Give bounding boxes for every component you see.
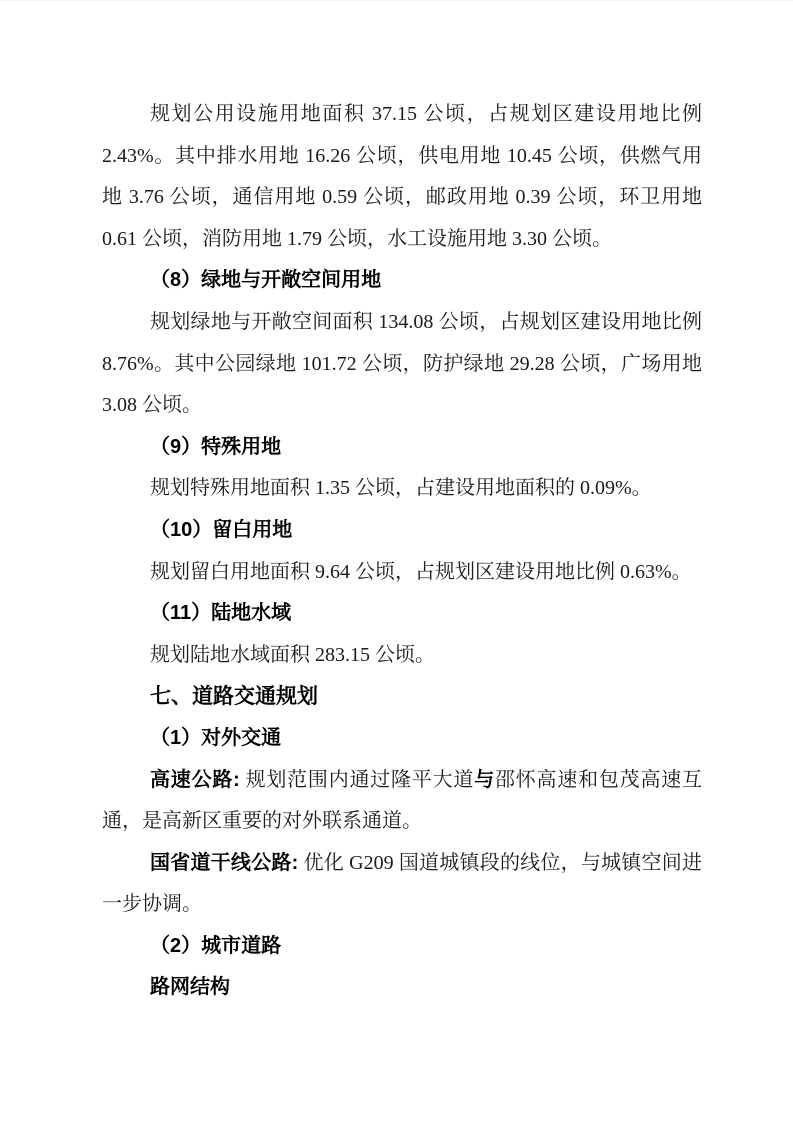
heading-road-network-structure: 路网结构 <box>102 967 702 1009</box>
heading-11-inland-water: （11）陆地水域 <box>102 593 702 635</box>
heading-10-reserved-land: （10）留白用地 <box>102 510 702 552</box>
heading-chapter-7-road-traffic-planning: 七、道路交通规划 <box>102 676 702 718</box>
paragraph-reserved-land: 规划留白用地面积 9.64 公顷，占规划区建设用地比例 0.63%。 <box>102 552 702 594</box>
paragraph-expressway: 高速公路: 规划范围内通过隆平大道与邵怀高速和包茂高速互通，是高新区重要的对外联… <box>102 760 702 843</box>
document-content: 规划公用设施用地面积 37.15 公顷，占规划区建设用地比例 2.43%。其中排… <box>102 94 702 1009</box>
expressway-lead-label: 高速公路: <box>150 769 240 791</box>
national-road-lead-label: 国省道干线公路: <box>150 852 298 874</box>
document-page: 规划公用设施用地面积 37.15 公顷，占规划区建设用地比例 2.43%。其中排… <box>0 0 793 1123</box>
paragraph-special-land: 规划特殊用地面积 1.35 公顷，占建设用地面积的 0.09%。 <box>102 468 702 510</box>
heading-1-external-traffic: （1）对外交通 <box>102 718 702 760</box>
paragraph-inland-water: 规划陆地水域面积 283.15 公顷。 <box>102 635 702 677</box>
expressway-text-part1: 规划范围内通过隆平大道 <box>240 769 474 791</box>
paragraph-public-facilities-land: 规划公用设施用地面积 37.15 公顷，占规划区建设用地比例 2.43%。其中排… <box>102 94 702 260</box>
heading-9-special-land: （9）特殊用地 <box>102 427 702 469</box>
paragraph-green-open-space: 规划绿地与开敞空间面积 134.08 公顷，占规划区建设用地比例 8.76%。其… <box>102 302 702 427</box>
expressway-bold-conjunction: 与 <box>474 769 495 791</box>
paragraph-national-provincial-road: 国省道干线公路: 优化 G209 国道城镇段的线位，与城镇空间进一步协调。 <box>102 843 702 926</box>
heading-2-urban-roads: （2）城市道路 <box>102 926 702 968</box>
heading-8-green-open-space-land: （8）绿地与开敞空间用地 <box>102 260 702 302</box>
